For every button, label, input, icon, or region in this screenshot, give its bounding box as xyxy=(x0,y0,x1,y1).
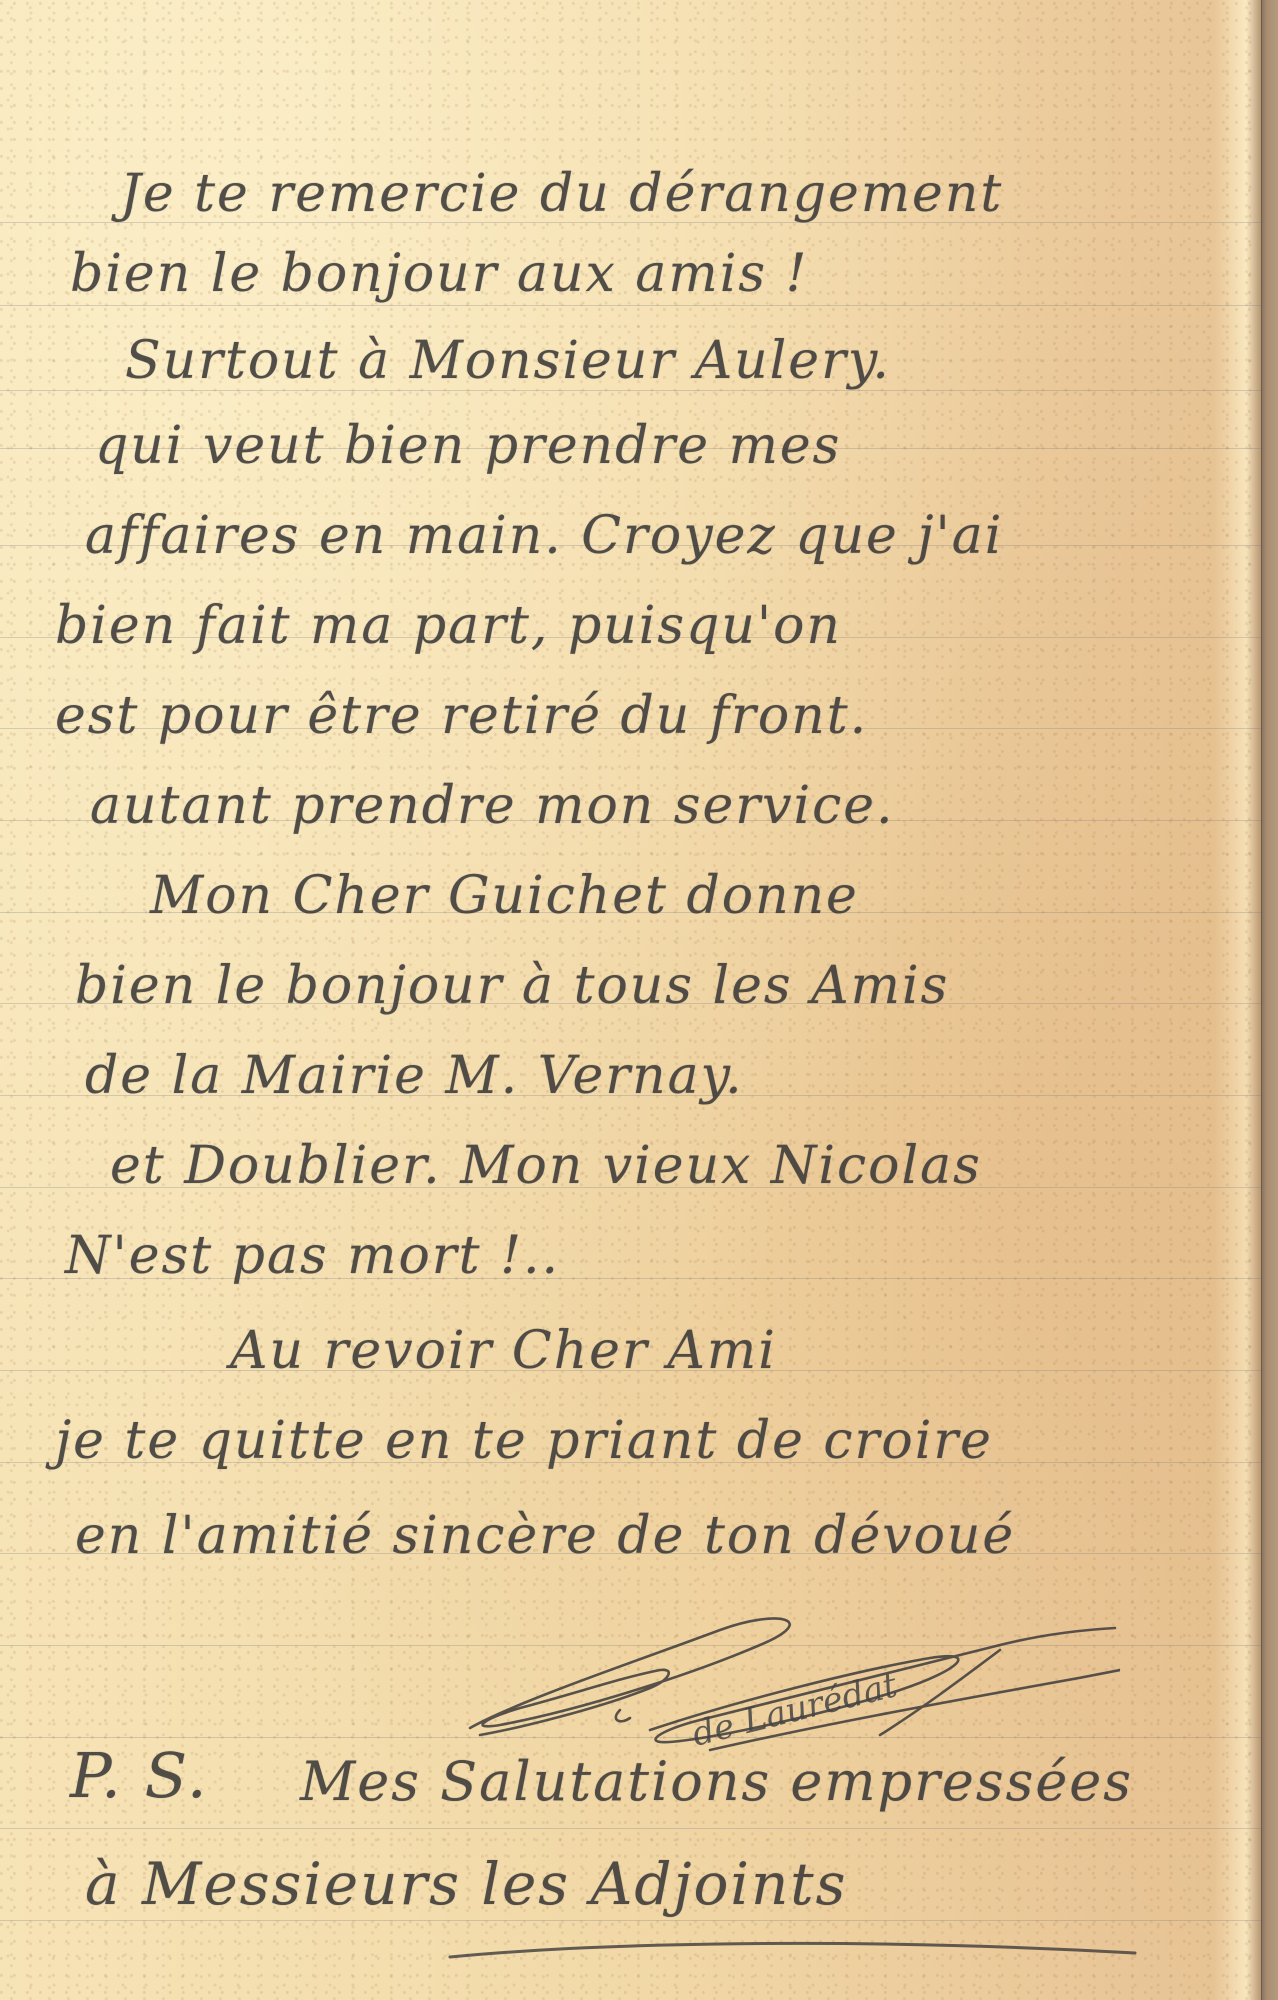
letter-line-10: bien le bonjour à tous les Amis xyxy=(75,960,949,1012)
postscript-label: P. S. xyxy=(70,1745,209,1807)
letter-line-3: Surtout à Monsieur Aulery. xyxy=(125,335,891,387)
letter-line-14: Au revoir Cher Ami xyxy=(230,1325,777,1377)
paper-right-edge xyxy=(1261,0,1278,2000)
letter-line-12: et Doublier. Mon vieux Nicolas xyxy=(110,1140,982,1192)
letter-line-15: je te quitte en te priant de croire xyxy=(55,1415,993,1467)
letter-line-4: qui veut bien prendre mes xyxy=(95,420,841,472)
letter-line-6: bien fait ma part, puisqu'on xyxy=(55,600,842,652)
letter-line-8: autant prendre mon service. xyxy=(90,780,895,832)
signature-flourish xyxy=(460,1600,1120,1760)
ruled-line xyxy=(0,305,1262,306)
letter-line-1: Je te remercie du dérangement xyxy=(120,168,1003,220)
letter-line-11: de la Mairie M. Vernay. xyxy=(85,1050,744,1102)
letter-line-7: est pour être retiré du front. xyxy=(55,690,868,742)
letter-page: Je te remercie du dérangement bien le bo… xyxy=(0,0,1278,2000)
letter-line-16: en l'amitié sincère de ton dévoué xyxy=(75,1510,1015,1562)
ruled-line xyxy=(0,1920,1262,1921)
letter-line-2: bien le bonjour aux amis ! xyxy=(70,248,808,300)
letter-line-9: Mon Cher Guichet donne xyxy=(150,870,859,922)
letter-line-5: affaires en main. Croyez que j'ai xyxy=(85,510,1003,562)
letter-line-13: N'est pas mort !.. xyxy=(65,1230,560,1282)
postscript-underline xyxy=(445,1935,1145,1965)
postscript-line-1: Mes Salutations empressées xyxy=(300,1755,1133,1809)
ruled-line xyxy=(0,1828,1262,1829)
postscript-line-2: à Messieurs les Adjoints xyxy=(85,1855,847,1913)
